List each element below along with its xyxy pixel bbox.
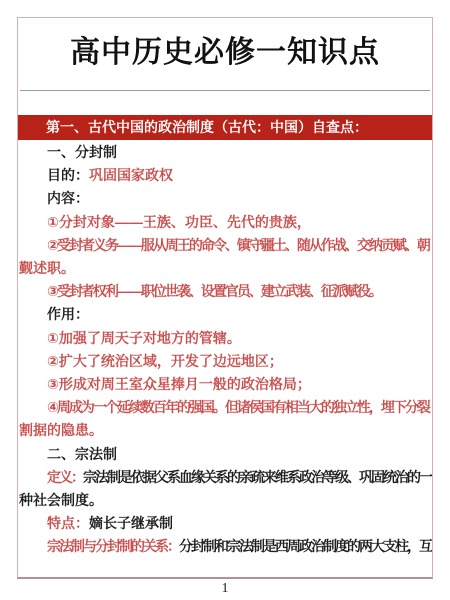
text-segment: ④周成为一个延续数百年的强国。但诸侯国有相当大的独立性，埋下分裂 bbox=[47, 399, 429, 415]
text-segment: 割据的隐患。 bbox=[19, 422, 103, 438]
document-page: { "document": { "title": "高中历史必修一知识点", "… bbox=[0, 0, 450, 600]
text-segment: 特点： bbox=[47, 515, 89, 531]
text-line: 目的：巩固国家政权 bbox=[18, 164, 432, 187]
text-line: ④周成为一个延续数百年的强国。但诸侯国有相当大的独立性，埋下分裂 bbox=[18, 396, 432, 419]
text-segment: 内容： bbox=[47, 190, 89, 206]
text-line: 一、分封制 bbox=[18, 141, 432, 164]
text-segment: ②扩大了统治区域，开发了边远地区； bbox=[47, 353, 283, 369]
text-segment: 分封制和宗法制是西周政治制度的两大支柱，互 bbox=[179, 538, 431, 554]
text-line: ②受封者义务——服从周王的命令、镇守疆土、随从作战、交纳贡赋、朝 bbox=[18, 234, 432, 257]
text-line: ②扩大了统治区域，开发了边远地区； bbox=[18, 350, 432, 373]
text-line: 二、宗法制 bbox=[18, 443, 432, 466]
text-segment: 觐述职。 bbox=[19, 260, 75, 276]
text-segment: 嫡长子继承制 bbox=[89, 515, 173, 531]
page-number: 1 bbox=[0, 581, 450, 597]
text-segment: ③形成对周王室众星捧月一般的政治格局； bbox=[47, 376, 311, 392]
text-line: ①分封对象——王族、功臣、先代的贵族， bbox=[18, 211, 432, 234]
text-segment: ①分封对象——王族、功臣、先代的贵族， bbox=[47, 214, 311, 230]
text-segment: 目的： bbox=[47, 167, 89, 183]
title-divider bbox=[20, 90, 430, 91]
text-line: 作用： bbox=[18, 303, 432, 326]
text-segment: 巩固国家政权 bbox=[89, 167, 173, 183]
text-line: 特点：嫡长子继承制 bbox=[18, 512, 432, 535]
page-frame: 高中历史必修一知识点 第一、古代中国的政治制度（古代：中国）自查点： 一、分封制… bbox=[17, 17, 433, 579]
text-segment: 作用： bbox=[47, 306, 89, 322]
text-segment: ①加强了周天子对地方的管辖。 bbox=[47, 330, 241, 346]
page-title: 高中历史必修一知识点 bbox=[18, 32, 432, 74]
text-segment: ③受封者权利——职位世袭、设置官员、建立武装、征派赋役。 bbox=[47, 283, 381, 299]
text-line: 定义：宗法制是依据父系血缘关系的亲疏来维系政治等级、巩固统治的一 bbox=[18, 466, 432, 489]
text-line: 内容： bbox=[18, 187, 432, 210]
text-line: ③受封者权利——职位世袭、设置官员、建立武装、征派赋役。 bbox=[18, 280, 432, 303]
text-line: 种社会制度。 bbox=[18, 489, 432, 512]
text-line: 觐述职。 bbox=[18, 257, 432, 280]
text-segment: 宗法制与分封制的关系： bbox=[47, 538, 179, 554]
text-segment: ②受封者义务——服从周王的命令、镇守疆土、随从作战、交纳贡赋、朝 bbox=[47, 237, 429, 253]
section-heading-banner: 第一、古代中国的政治制度（古代：中国）自查点： bbox=[18, 115, 432, 140]
text-segment: 宗法制是依据父系血缘关系的亲疏来维系政治等级、巩固统治的一 bbox=[83, 469, 431, 485]
text-segment: 二、宗法制 bbox=[47, 446, 117, 462]
text-segment: 一、分封制 bbox=[47, 144, 117, 160]
text-line: 割据的隐患。 bbox=[18, 419, 432, 442]
text-line: 宗法制与分封制的关系：分封制和宗法制是西周政治制度的两大支柱，互 bbox=[18, 535, 432, 558]
text-segment: 种社会制度。 bbox=[19, 492, 103, 508]
text-line: ③形成对周王室众星捧月一般的政治格局； bbox=[18, 373, 432, 396]
text-line: ①加强了周天子对地方的管辖。 bbox=[18, 327, 432, 350]
text-segment: 定义： bbox=[47, 469, 83, 485]
content-lines: 一、分封制目的：巩固国家政权内容：①分封对象——王族、功臣、先代的贵族，②受封者… bbox=[18, 141, 432, 559]
